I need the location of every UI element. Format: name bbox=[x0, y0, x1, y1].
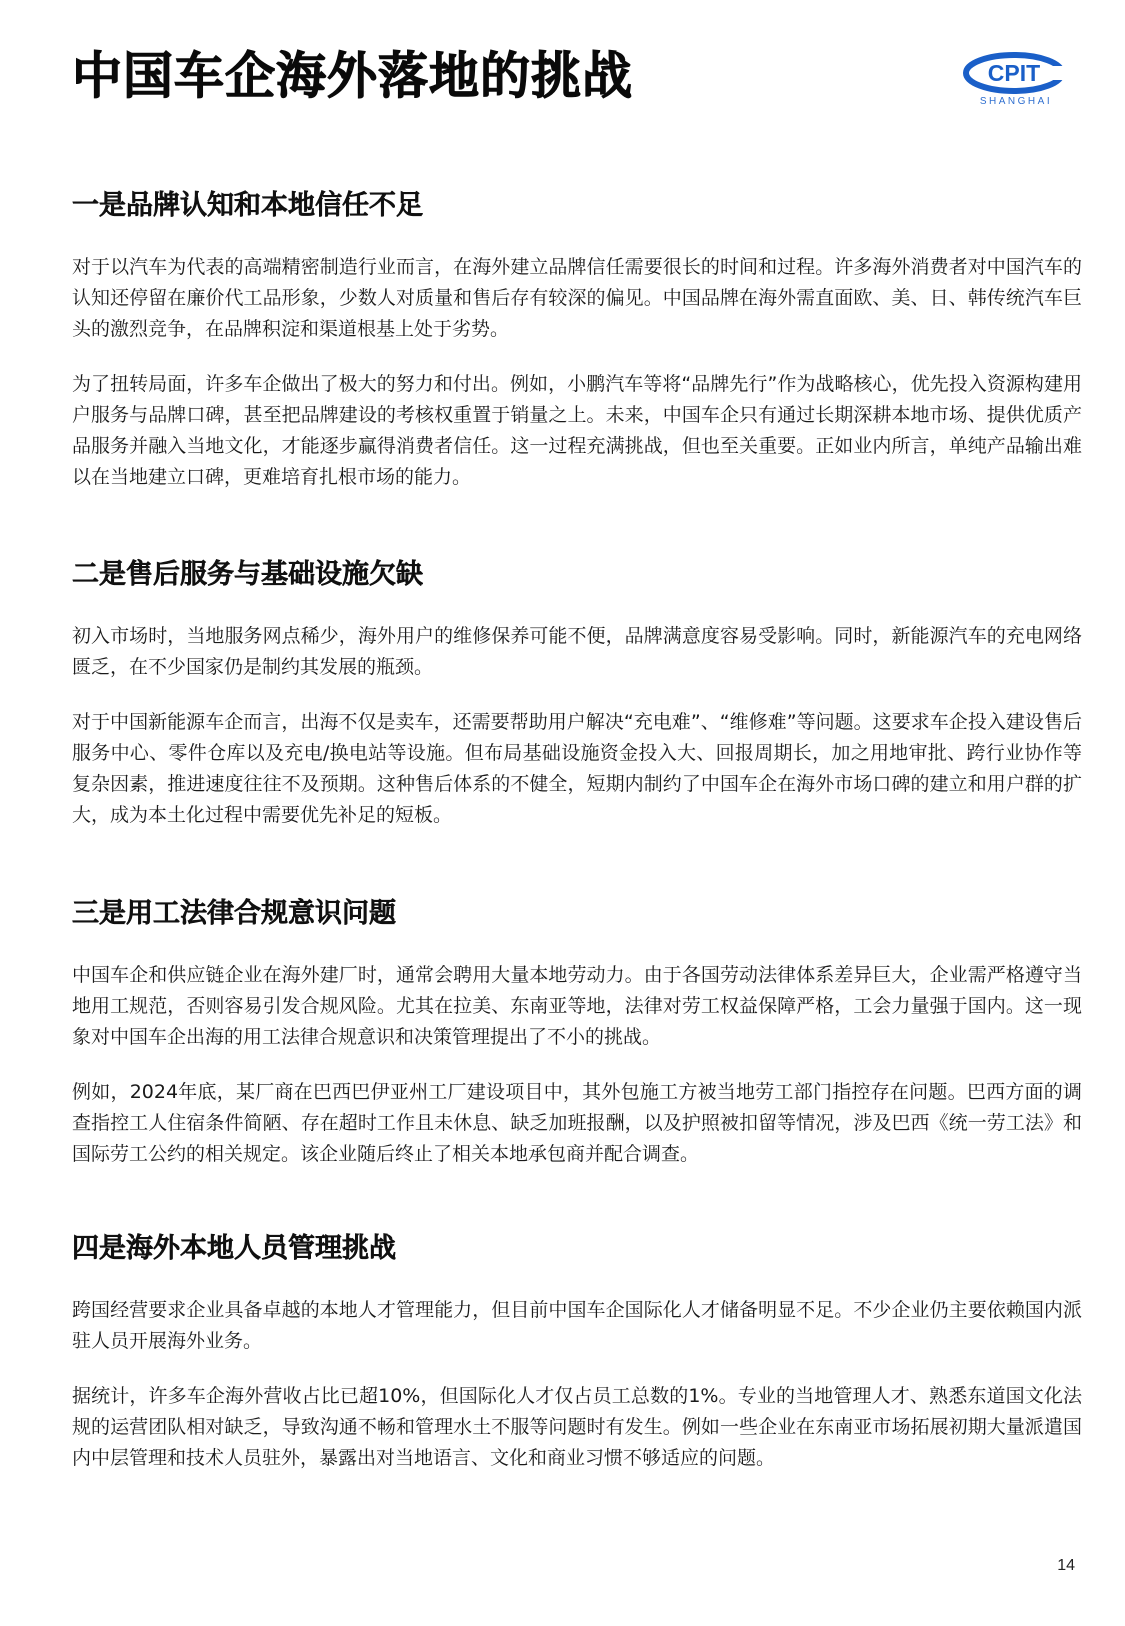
logo-subtext: SHANGHAI bbox=[980, 96, 1052, 107]
paragraph: 为了扭转局面，许多车企做出了极大的努力和付出。例如，小鹏汽车等将“品牌先行”作为… bbox=[72, 369, 1082, 493]
paragraph: 例如，2024年底，某厂商在巴西巴伊亚州工厂建设项目中，其外包施工方被当地劳工部… bbox=[72, 1077, 1082, 1170]
section-local-staff-management: 四是海外本地人员管理挑战 跨国经营要求企业具备卓越的本地人才管理能力，但目前中国… bbox=[72, 1231, 1082, 1474]
section-heading: 一是品牌认知和本地信任不足 bbox=[72, 188, 1082, 224]
section-heading: 四是海外本地人员管理挑战 bbox=[72, 1231, 1082, 1267]
page-number: 14 bbox=[1057, 1557, 1075, 1575]
logo-text: CPIT bbox=[988, 60, 1040, 86]
paragraph: 中国车企和供应链企业在海外建厂时，通常会聘用大量本地劳动力。由于各国劳动法律体系… bbox=[72, 960, 1082, 1053]
section-labor-compliance: 三是用工法律合规意识问题 中国车企和供应链企业在海外建厂时，通常会聘用大量本地劳… bbox=[72, 896, 1082, 1170]
paragraph: 对于中国新能源车企而言，出海不仅是卖车，还需要帮助用户解决“充电难”、“维修难”… bbox=[72, 707, 1082, 831]
section-after-sales: 二是售后服务与基础设施欠缺 初入市场时，当地服务网点稀少，海外用户的维修保养可能… bbox=[72, 557, 1082, 831]
paragraph: 跨国经营要求企业具备卓越的本地人才管理能力，但目前中国车企国际化人才储备明显不足… bbox=[72, 1295, 1082, 1357]
section-brand-trust: 一是品牌认知和本地信任不足 对于以汽车为代表的高端精密制造行业而言，在海外建立品… bbox=[72, 188, 1082, 493]
page-title: 中国车企海外落地的挑战 bbox=[72, 44, 633, 108]
section-heading: 三是用工法律合规意识问题 bbox=[72, 896, 1082, 932]
paragraph: 对于以汽车为代表的高端精密制造行业而言，在海外建立品牌信任需要很长的时间和过程。… bbox=[72, 252, 1082, 345]
section-heading: 二是售后服务与基础设施欠缺 bbox=[72, 557, 1082, 593]
paragraph: 初入市场时，当地服务网点稀少，海外用户的维修保养可能不便，品牌满意度容易受影响。… bbox=[72, 621, 1082, 683]
cpit-shanghai-logo: CPIT SHANGHAI bbox=[962, 52, 1072, 108]
paragraph: 据统计，许多车企海外营收占比已超10%，但国际化人才仅占员工总数的1%。专业的当… bbox=[72, 1381, 1082, 1474]
